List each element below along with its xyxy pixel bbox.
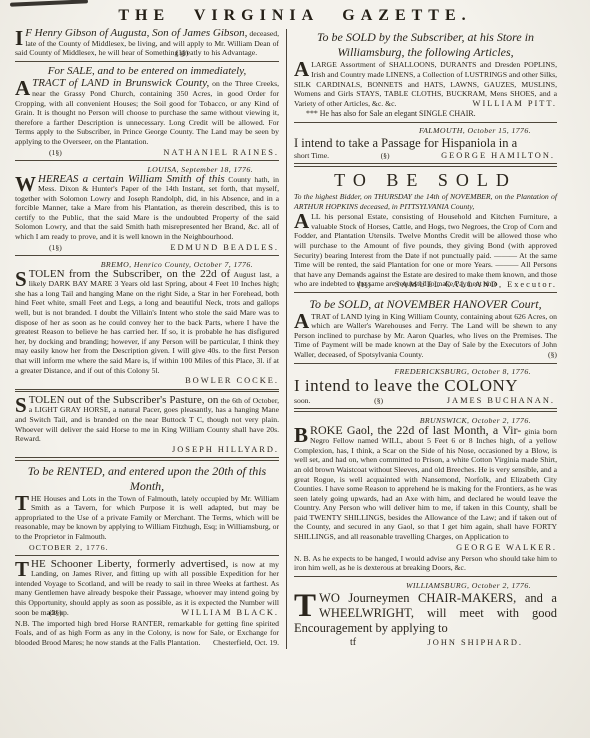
- article-body: on the Three Creeks, near the Grassy Pon…: [15, 79, 279, 146]
- section-divider: [15, 555, 279, 556]
- article-tail: soon.: [294, 396, 310, 405]
- signature: JAMES BUCHANAN.: [447, 396, 555, 405]
- article-schooner-liberty: T HE Schooner Liberty, formerly advertis…: [15, 560, 279, 648]
- article-stolen-horse: S TOLEN out of the Subscriber's Pasture,…: [15, 396, 279, 454]
- section-divider-double: [294, 408, 557, 412]
- article-body: HE Houses and Lots in the Town of Falmou…: [15, 494, 279, 541]
- signature: NATHANIEL RAINES.: [163, 148, 279, 157]
- signature: GEORGE HAMILTON.: [441, 151, 555, 160]
- sale-conditions: To the highest Bidder, on THURSDAY the 1…: [294, 192, 557, 211]
- drop-cap: S: [15, 270, 29, 288]
- article-lead: I intend to leave the COLONY: [294, 377, 557, 396]
- article-body: ginia born Negro Fellow named WILL, abou…: [294, 427, 557, 542]
- article-chair-makers: WILLIAMSBURG, October 2, 1776. T WO Jour…: [294, 581, 557, 648]
- section-divider: [15, 255, 279, 256]
- article-broke-gaol: BRUNSWICK, October 2, 1776. B ROKE Gaol,…: [294, 416, 557, 573]
- section-divider: [294, 363, 557, 364]
- signature: GEORGE WALKER.: [456, 543, 557, 552]
- article-hispaniola-passage: FALMOUTH, October 15, 1776. I intend to …: [294, 126, 557, 159]
- signature: WILLIAM BLACK.: [181, 608, 279, 617]
- masthead-title: THE VIRGINIA GAZETTE.: [0, 0, 590, 29]
- insertion-mark: (§): [381, 151, 390, 160]
- postscript: *** He has also for Sale an elegant SING…: [294, 109, 557, 118]
- article-estate-sale: TO BE SOLD To the highest Bidder, on THU…: [294, 170, 557, 288]
- article-stolen-mare: BREMO, Henrico County, October 7, 1776. …: [15, 260, 279, 386]
- article-lead: TRACT of LAND in Brunswick County,: [32, 77, 209, 89]
- dateline: WILLIAMSBURG, October 2, 1776.: [294, 581, 557, 590]
- drop-cap: T: [15, 560, 31, 578]
- right-column: To be SOLD by the Subscriber, at his Sto…: [286, 29, 564, 649]
- drop-cap: W: [15, 175, 38, 193]
- insertion-mark: (2§): [15, 608, 62, 617]
- section-divider-double: [15, 457, 279, 461]
- article-tail: short Time.: [294, 151, 329, 160]
- insertion-mark: (§): [374, 396, 383, 405]
- article-leave-colony: FREDERICKSBURG, October 8, 1776. I inten…: [294, 367, 557, 405]
- dateline: FALMOUTH, October 15, 1776.: [294, 126, 557, 135]
- signature: EDMUND BEADLES.: [170, 243, 279, 252]
- drop-cap: A: [15, 79, 32, 97]
- article-lead: WO Journeymen CHAIR-MAKERS,: [319, 591, 516, 605]
- section-divider: [15, 61, 279, 62]
- section-divider-double: [15, 389, 279, 393]
- article-title: TO BE SOLD: [294, 170, 557, 191]
- signature: WILLIAM PITT.: [473, 99, 557, 108]
- footer-date: OCTOBER 2, 1776.: [15, 543, 279, 552]
- signature: BOWLER COCKE.: [185, 376, 279, 385]
- article-lead: TOLEN out of the Subscriber's Pasture, o…: [29, 394, 219, 406]
- section-divider: [294, 122, 557, 123]
- article-heading-line2: Williamsburg, the following Articles,: [300, 45, 551, 59]
- newspaper-page: THE VIRGINIA GAZETTE. I F Henry Gibson o…: [0, 0, 590, 738]
- article-lead: HEREAS a certain William Smith of this: [38, 173, 225, 185]
- insertion-mark: (1§): [358, 280, 371, 289]
- insertion-mark: tf: [350, 637, 356, 648]
- article-lead: F Henry Gibson of Augusta, Son of James …: [25, 27, 247, 39]
- drop-cap: S: [15, 396, 29, 414]
- article-heading: To be SOLD, at NOVEMBER HANOVER Court,: [300, 297, 551, 311]
- drop-cap: A: [294, 312, 311, 330]
- article-land-sale: For SALE, and to be entered on immediate…: [15, 65, 279, 156]
- article-lead: HE Schooner Liberty, formerly advertised…: [31, 558, 228, 570]
- article-body: County hath, in Mess. Dixon & Hunter's P…: [15, 175, 279, 242]
- article-lead: I intend to take a Passage for Hispaniol…: [294, 136, 557, 150]
- article-heading-line1: To be SOLD by the Subscriber, at his Sto…: [300, 30, 551, 44]
- columns: I F Henry Gibson of Augusta, Son of Jame…: [0, 29, 590, 649]
- article-gibson-notice: I F Henry Gibson of Augusta, Son of Jame…: [15, 29, 279, 57]
- article-falmouth-rental: To be RENTED, and entered upon the 20th …: [15, 464, 279, 551]
- article-hanover-land: To be SOLD, at NOVEMBER HANOVER Court, A…: [294, 297, 557, 360]
- insertion-mark: (1§): [15, 243, 62, 252]
- signature: SAMUEL CALLAND, Executor.: [395, 280, 557, 289]
- article-body: LL his personal Estate, consisting of Ho…: [294, 212, 557, 288]
- article-lead: ROKE Gaol, the 22d of last Month, a Vir-: [310, 423, 521, 437]
- section-divider: [294, 576, 557, 577]
- drop-cap: T: [294, 591, 319, 620]
- drop-cap: A: [294, 60, 311, 78]
- dateline: FREDERICKSBURG, October 8, 1776.: [294, 367, 557, 376]
- article-store-sale: To be SOLD by the Subscriber, at his Sto…: [294, 30, 557, 118]
- article-body: August last, a likely DARK BAY MARE 3 Ye…: [15, 270, 279, 375]
- signature: JOHN SHIPHARD.: [428, 638, 523, 647]
- drop-cap: T: [15, 494, 31, 512]
- signature: JOSEPH HILLYARD.: [172, 445, 279, 454]
- section-divider: [15, 160, 279, 161]
- drop-cap: A: [294, 212, 311, 230]
- drop-cap: I: [15, 29, 25, 47]
- section-divider-double: [294, 163, 557, 167]
- article-lead: TOLEN from the Subscriber, on the 22d of: [29, 268, 231, 280]
- insertion-mark: (1§): [15, 148, 62, 157]
- section-divider: [294, 292, 557, 293]
- article-heading: To be RENTED, and entered upon the 20th …: [21, 464, 273, 492]
- drop-cap: B: [294, 426, 310, 444]
- article-louisa-notice: LOUISA, September 18, 1776. W HEREAS a c…: [15, 165, 279, 252]
- left-column: I F Henry Gibson of Augusta, Son of Jame…: [8, 29, 286, 649]
- nota-bene: N. B. As he expects to be hanged, I woul…: [294, 554, 557, 573]
